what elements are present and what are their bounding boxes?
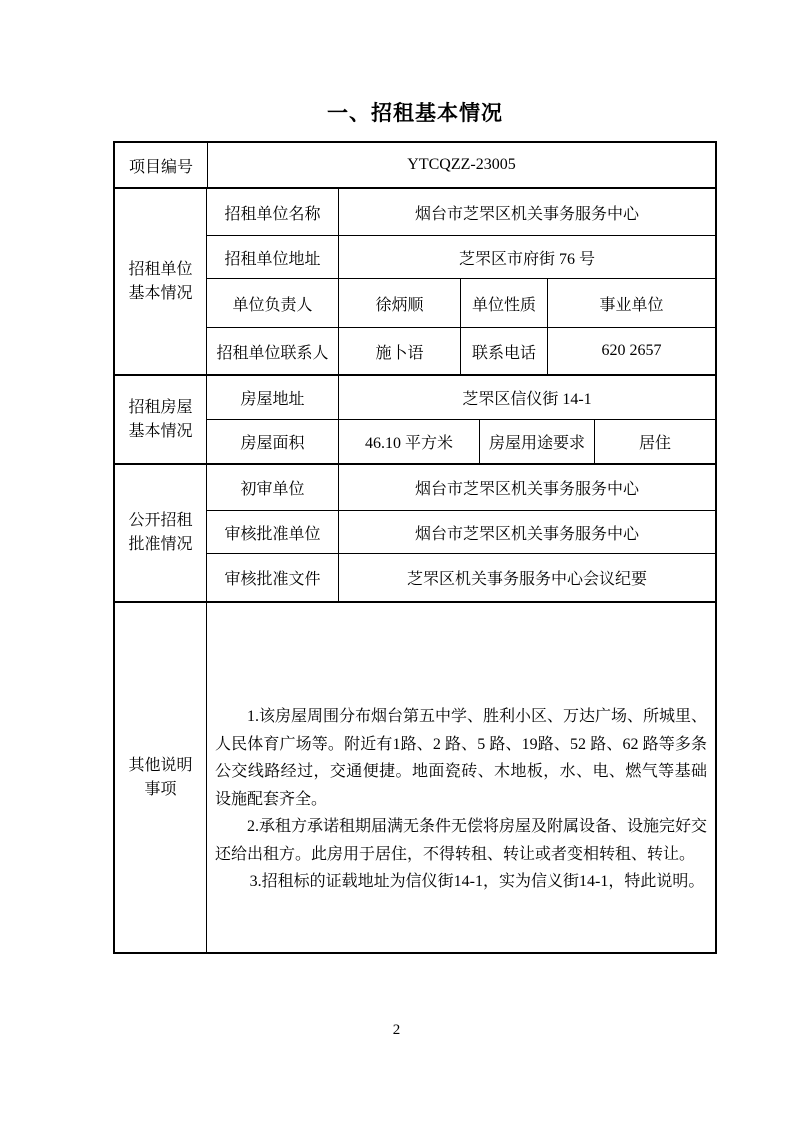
unit-type-label: 单位性质 <box>460 279 547 327</box>
unit-contact-label: 招租单位联系人 <box>207 328 338 374</box>
row-unit-name: 招租单位名称 烟台市芝罘区机关事务服务中心 <box>207 189 715 235</box>
section-house-info: 招租房屋基本情况 房屋地址 芝罘区信仪街 14-1 房屋面积 46.10 平方米… <box>115 374 715 463</box>
section-approval-info-rows: 初审单位 烟台市芝罘区机关事务服务中心 审核批准单位 烟台市芝罘区机关事务服务中… <box>207 465 715 601</box>
section-house-info-rows: 房屋地址 芝罘区信仪街 14-1 房屋面积 46.10 平方米 房屋用途要求 居… <box>207 376 715 463</box>
section-approval-info-header: 公开招租批准情况 <box>115 465 207 601</box>
row-unit-contact: 招租单位联系人 施卜语 联系电话 620 2657 <box>207 327 715 374</box>
other-notes-content: 1.该房屋周围分布烟台第五中学、胜利小区、万达广场、所城里、人民体育广场等。附近… <box>207 603 715 952</box>
approve-doc-value: 芝罘区机关事务服务中心会议纪要 <box>338 554 715 601</box>
document-page: 一、招租基本情况 项目编号 YTCQZZ-23005 招租单位基本情况 招租单位… <box>113 0 717 954</box>
section-other-notes: 其他说明事项 1.该房屋周围分布烟台第五中学、胜利小区、万达广场、所城里、人民体… <box>115 601 715 952</box>
unit-head-label: 单位负责人 <box>207 279 338 327</box>
first-review-label: 初审单位 <box>207 465 338 510</box>
project-number-value: YTCQZZ-23005 <box>207 143 715 187</box>
section-other-notes-rows: 1.该房屋周围分布烟台第五中学、胜利小区、万达广场、所城里、人民体育广场等。附近… <box>207 603 715 952</box>
unit-contact-value: 施卜语 <box>338 328 460 374</box>
note-paragraph-2: 2.承租方承诺租期届满无条件无偿将房屋及附属设备、设施完好交还给出租方。此房用于… <box>215 813 707 868</box>
approve-unit-label: 审核批准单位 <box>207 511 338 553</box>
section-house-info-header-text: 招租房屋基本情况 <box>128 396 194 444</box>
row-unit-head: 单位负责人 徐炳顺 单位性质 事业单位 <box>207 278 715 327</box>
house-address-label: 房屋地址 <box>207 376 338 419</box>
row-house-area: 房屋面积 46.10 平方米 房屋用途要求 居住 <box>207 419 715 463</box>
section-unit-info: 招租单位基本情况 招租单位名称 烟台市芝罘区机关事务服务中心 招租单位地址 芝罘… <box>115 187 715 374</box>
approve-doc-label: 审核批准文件 <box>207 554 338 601</box>
row-other-notes: 1.该房屋周围分布烟台第五中学、胜利小区、万达广场、所城里、人民体育广场等。附近… <box>207 603 715 952</box>
section-unit-info-rows: 招租单位名称 烟台市芝罘区机关事务服务中心 招租单位地址 芝罘区市府街 76 号… <box>207 189 715 374</box>
note-paragraph-1: 1.该房屋周围分布烟台第五中学、胜利小区、万达广场、所城里、人民体育广场等。附近… <box>215 703 707 813</box>
page-number: 2 <box>0 1022 793 1039</box>
section-approval-info: 公开招租批准情况 初审单位 烟台市芝罘区机关事务服务中心 审核批准单位 烟台市芝… <box>115 463 715 601</box>
house-usage-value: 居住 <box>594 420 715 463</box>
row-approve-doc: 审核批准文件 芝罘区机关事务服务中心会议纪要 <box>207 553 715 601</box>
unit-name-label: 招租单位名称 <box>207 189 338 235</box>
section-other-notes-header: 其他说明事项 <box>115 603 207 952</box>
section-approval-info-header-text: 公开招租批准情况 <box>128 509 194 557</box>
section-other-notes-header-text: 其他说明事项 <box>128 754 194 802</box>
contact-phone-label: 联系电话 <box>460 328 547 374</box>
row-first-review: 初审单位 烟台市芝罘区机关事务服务中心 <box>207 465 715 510</box>
house-usage-label: 房屋用途要求 <box>479 420 594 463</box>
contact-phone-value: 620 2657 <box>547 328 715 374</box>
house-address-value: 芝罘区信仪街 14-1 <box>338 376 715 419</box>
house-area-value: 46.10 平方米 <box>338 420 479 463</box>
project-number-label: 项目编号 <box>115 143 207 187</box>
row-project-number: 项目编号 YTCQZZ-23005 <box>115 143 715 187</box>
page-title: 一、招租基本情况 <box>113 100 717 126</box>
house-area-label: 房屋面积 <box>207 420 338 463</box>
unit-name-value: 烟台市芝罘区机关事务服务中心 <box>338 189 715 235</box>
unit-address-value: 芝罘区市府街 76 号 <box>338 236 715 278</box>
unit-head-value: 徐炳顺 <box>338 279 460 327</box>
section-unit-info-header: 招租单位基本情况 <box>115 189 207 374</box>
first-review-value: 烟台市芝罘区机关事务服务中心 <box>338 465 715 510</box>
rental-info-table: 项目编号 YTCQZZ-23005 招租单位基本情况 招租单位名称 烟台市芝罘区… <box>113 141 717 954</box>
note-paragraph-3: 3.招租标的证载地址为信仪街14-1，实为信义街14-1，特此说明。 <box>218 868 705 896</box>
section-unit-info-header-text: 招租单位基本情况 <box>128 258 194 306</box>
row-house-address: 房屋地址 芝罘区信仪街 14-1 <box>207 376 715 419</box>
unit-address-label: 招租单位地址 <box>207 236 338 278</box>
row-approve-unit: 审核批准单位 烟台市芝罘区机关事务服务中心 <box>207 510 715 553</box>
approve-unit-value: 烟台市芝罘区机关事务服务中心 <box>338 511 715 553</box>
row-unit-address: 招租单位地址 芝罘区市府街 76 号 <box>207 235 715 278</box>
section-house-info-header: 招租房屋基本情况 <box>115 376 207 463</box>
unit-type-value: 事业单位 <box>547 279 715 327</box>
